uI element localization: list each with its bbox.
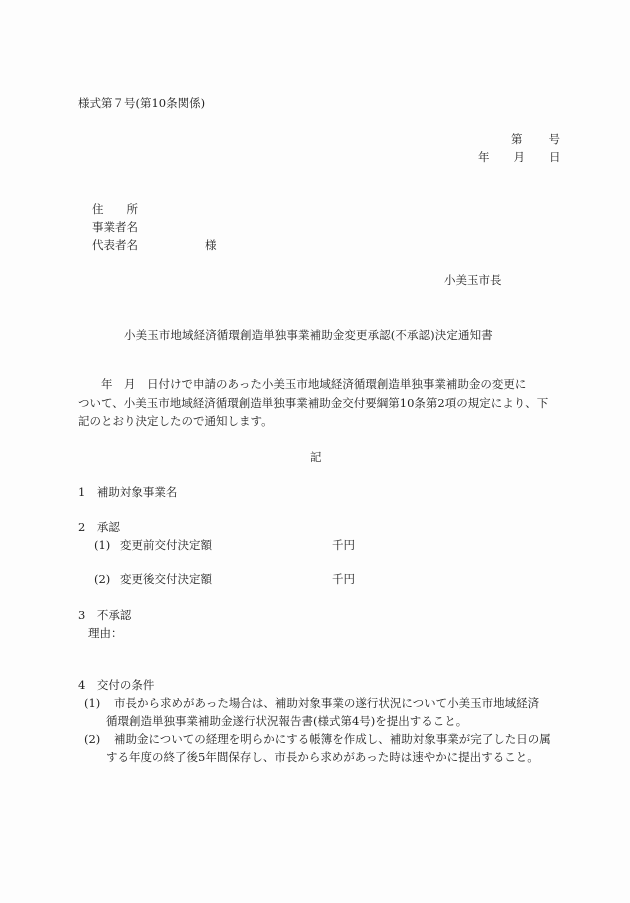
form-number-label: 様式第７号(第10条関係) [78,94,205,112]
issuer-mayor: 小美玉市長 [444,271,502,289]
number-go: 号 [549,130,561,148]
item-number: (2) [94,570,120,588]
ki-heading: 記 [310,448,322,466]
condition-1-continued: 循環創造単独事業補助金遂行状況報告書(様式第4号)を提出すること。 [106,712,467,730]
representative-line: 代表者名 様 [92,236,138,254]
section-3-disapproval: 3 不承認 [78,606,131,624]
body-line-3: 記のとおり決定したので通知します。 [78,412,273,430]
item-number: (1) [94,536,120,554]
section-2-approval: 2 承認 [78,518,120,536]
honorific-sama: 様 [205,236,217,254]
address-label: 住 所 [92,200,138,218]
condition-number: (1) [84,694,114,712]
unit-senen: 千円 [332,536,355,554]
representative-label: 代表者名 [92,236,138,254]
section-4-conditions: 4 交付の条件 [78,676,154,694]
date-year: 年 [478,148,490,166]
condition-2-continued: する年度の終了後5年間保存し、市長から求めがあった時は速やかに提出すること。 [106,748,539,766]
condition-text: 市長から求めがあった場合は、補助対象事業の遂行状況について小美玉市地域経済 [114,696,539,710]
item-label: 変更後交付決定額 [120,572,212,586]
document-number-line: 第号 [511,130,560,148]
unit-senen: 千円 [332,570,355,588]
number-dai: 第 [511,130,523,148]
body-line-1: 年 月 日付けで申請のあった小美玉市地域経済循環創造単独事業補助金の変更に [78,375,526,393]
date-line: 年月日 [478,148,561,166]
condition-1: (1)市長から求めがあった場合は、補助対象事業の遂行状況について小美玉市地域経済 [84,694,539,712]
date-day: 日 [549,148,561,166]
condition-2: (2)補助金についての経理を明らかにする帳簿を作成し、補助対象事業が完了した日の… [84,730,551,748]
approval-item-before: (1)変更前交付決定額 千円 [94,536,212,554]
condition-text: 補助金についての経理を明らかにする帳簿を作成し、補助対象事業が完了した日の属 [114,732,551,746]
section-1-target-project: 1 補助対象事業名 [78,483,177,501]
approval-item-after: (2)変更後交付決定額 千円 [94,570,212,588]
date-month: 月 [514,148,526,166]
document-title: 小美玉市地域経済循環創造単独事業補助金変更承認(不承認)決定通知書 [124,326,493,344]
body-line-2: ついて、小美玉市地域経済循環創造単独事業補助金交付要綱第10条第2項の規定により… [78,394,548,412]
reason-label: 理由： [88,624,123,642]
item-label: 変更前交付決定額 [120,538,212,552]
business-name-label: 事業者名 [92,218,138,236]
condition-number: (2) [84,730,114,748]
